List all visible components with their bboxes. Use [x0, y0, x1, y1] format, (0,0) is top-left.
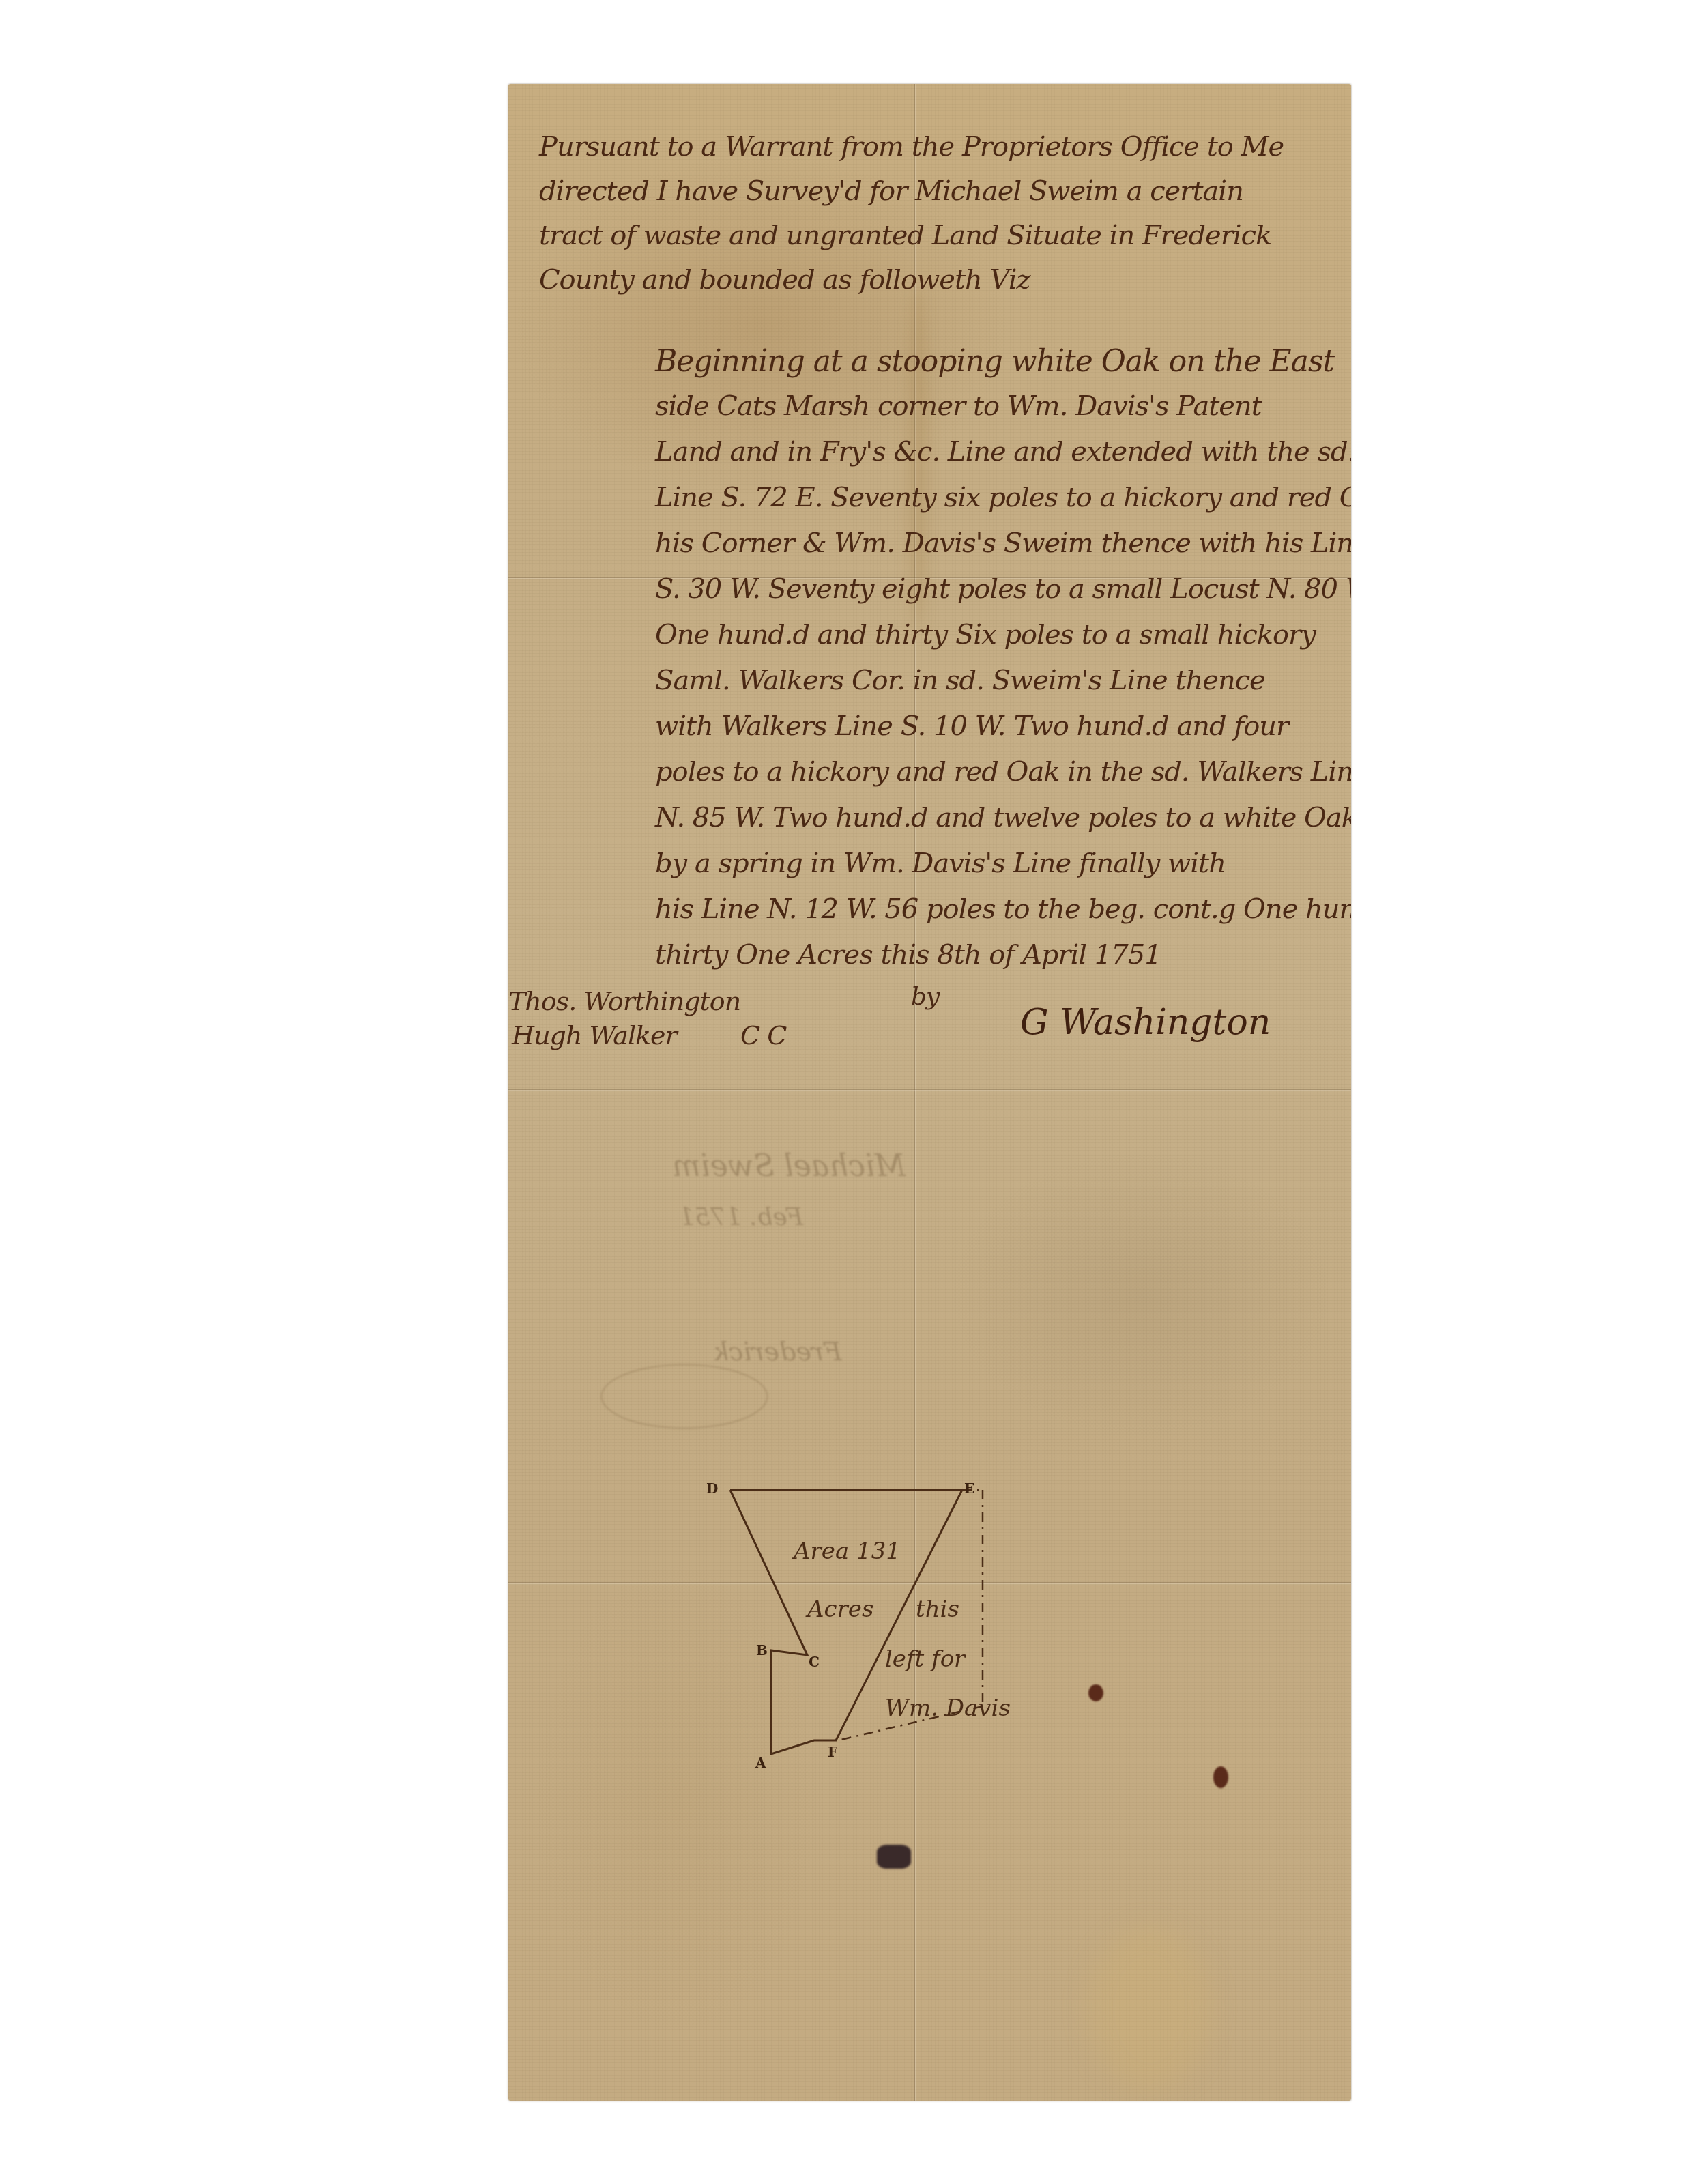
plat-this-label: this [916, 1596, 959, 1623]
plat-point-b: B [756, 1642, 768, 1658]
manuscript-page: Pursuant to a Warrant from the Proprieto… [508, 84, 1351, 2101]
plat-point-e: E [964, 1480, 974, 1497]
survey-plat [508, 84, 1351, 2101]
plat-point-f: F [828, 1744, 837, 1760]
plat-point-d: D [706, 1480, 718, 1497]
plat-point-a: A [755, 1755, 766, 1771]
plat-point-c: C [809, 1654, 820, 1670]
plat-wm-davis-label: Wm. Davis [885, 1695, 1011, 1722]
plat-left-for-label: left for [885, 1646, 965, 1673]
plat-area-label: Area 131 [794, 1538, 901, 1565]
plat-acres-label: Acres [807, 1596, 873, 1623]
